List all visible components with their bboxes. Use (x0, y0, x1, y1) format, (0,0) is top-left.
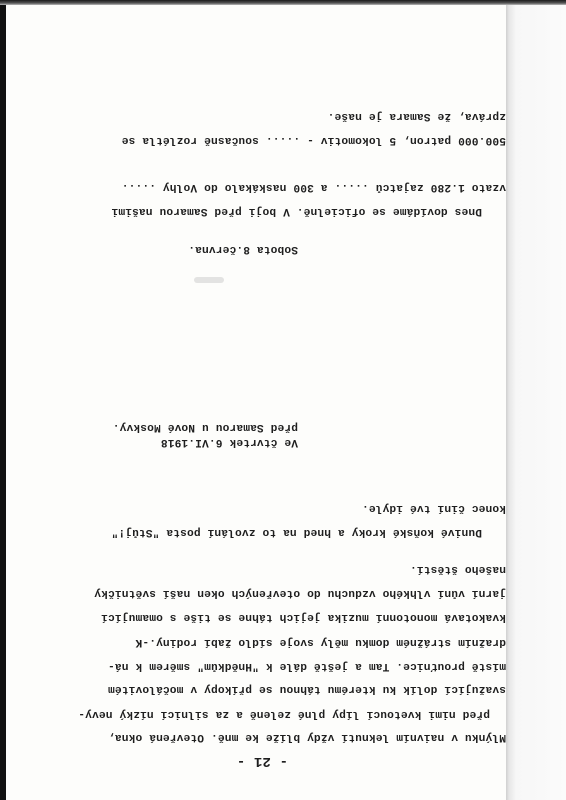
date-heading: Sobota 8.června. (188, 242, 298, 255)
text-line: jarní vůní vlhkého vzduchu do otevřených… (94, 586, 506, 599)
date-heading: Ve čtvrtek 6.VI.1918 (161, 435, 298, 448)
text-line: Dnes dovídáme se oficielně. V boji před … (111, 204, 482, 217)
text-line: zpráva, že Samara je naše. (328, 109, 506, 122)
text-line: místě prouťnice. Tam a ještě dále k "Hně… (108, 659, 506, 672)
page-number: - 21 - (237, 754, 288, 767)
rotated-content: - 21 - Mlýnku v naivním leknutí vždy blí… (6, 5, 506, 800)
scan-border-top (0, 0, 566, 5)
page-binding-edge (506, 5, 566, 800)
text-line: Dunivé koňské kroky a hned na to zvolání… (111, 525, 482, 538)
text-line: Mlýnku v naivním leknutí vždy blíže ke m… (108, 730, 506, 743)
text-line: dražním strážném domku měly svoje sídlo … (135, 635, 506, 648)
text-line: kvakotavá monotonní muzika jejich táhne … (101, 610, 506, 623)
text-line: našeho štěstí. (410, 562, 506, 575)
text-line: před nimi kvetoucí lípy plné zeleně a za… (78, 707, 490, 720)
scan-border-left (0, 0, 6, 800)
text-line: svažující dolík ku kterému táhnou se pří… (108, 682, 506, 695)
text-line: 500.000 patron, 5 lokomotiv - ..... souč… (122, 133, 506, 146)
ink-smudge (194, 277, 224, 283)
text-line: vzato 1.280 zajatců ..... a 300 naskákal… (122, 180, 506, 193)
text-line: konec činí tvé idyle. (362, 501, 506, 514)
location-heading: před Samarou u Nové Moskvy. (113, 420, 298, 433)
scanned-page: - 21 - Mlýnku v naivním leknutí vždy blí… (6, 5, 506, 800)
